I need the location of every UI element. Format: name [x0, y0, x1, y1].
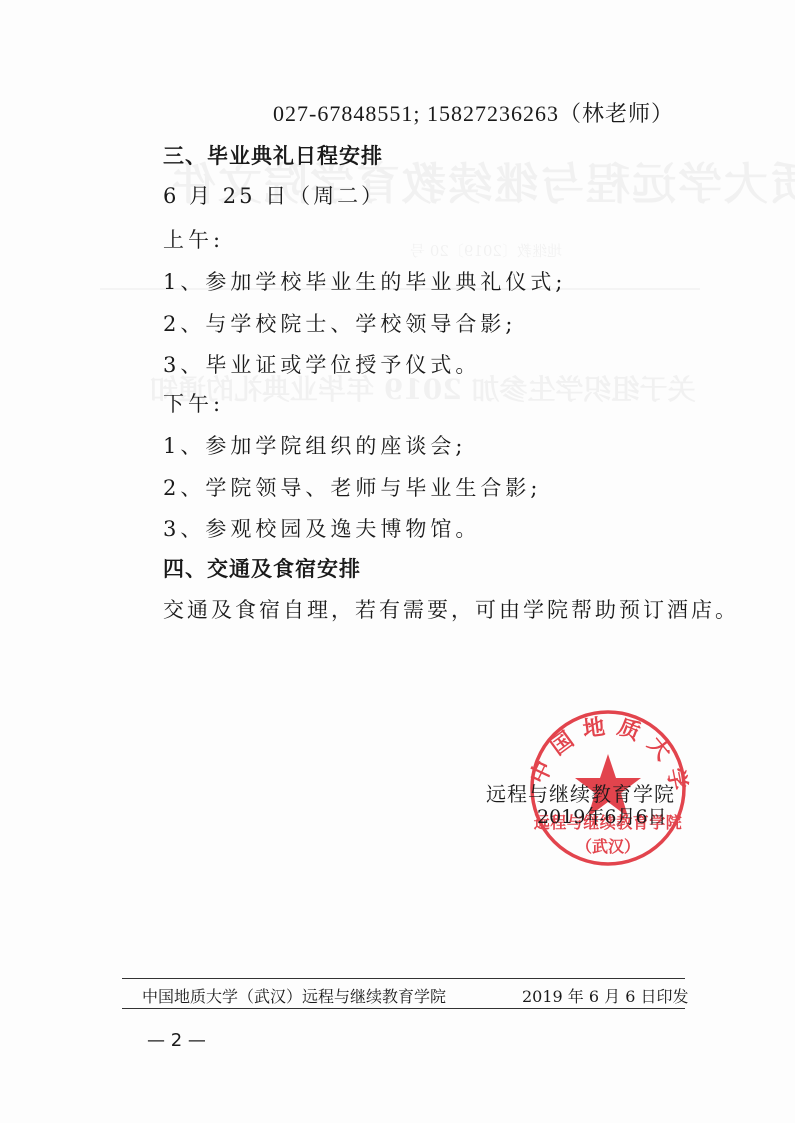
afternoon-item-3: 3、参观校园及逸夫博物馆。 — [163, 519, 480, 540]
section-heading-transport: 四、交通及食宿安排 — [163, 559, 361, 580]
morning-item-1: 1、参加学校毕业生的毕业典礼仪式; — [163, 272, 566, 293]
footer-issue-date: 2019 年 6 月 6 日印发 — [522, 984, 689, 1007]
document-page: 中国地质大学远程与继续教育学院文件 地继教〔2019〕20 号 关于组织学生参加… — [0, 0, 795, 1123]
page-number: — 2 — — [147, 1030, 206, 1051]
footer-issuer: 中国地质大学（武汉）远程与继续教育学院 — [142, 984, 446, 1007]
section-heading-schedule: 三、毕业典礼日程安排 — [163, 146, 383, 167]
footer-rule-top — [122, 978, 685, 979]
signature-date: 2019年6月6日 — [537, 802, 667, 829]
afternoon-label: 下午: — [163, 394, 224, 415]
transport-body: 交通及食宿自理，若有需要，可由学院帮助预订酒店。 — [163, 600, 739, 621]
svg-text:（武汉）: （武汉） — [576, 837, 640, 856]
afternoon-item-2: 2、学院领导、老师与毕业生合影; — [163, 478, 541, 499]
afternoon-item-1: 1、参加学院组织的座谈会; — [163, 436, 466, 457]
morning-item-2: 2、与学校院士、学校领导合影; — [163, 314, 516, 335]
morning-item-3: 3、毕业证或学位授予仪式。 — [163, 355, 480, 376]
contact-line: 027-67848551; 15827236263（林老师） — [273, 103, 674, 125]
morning-label: 上午: — [163, 230, 224, 251]
bleed-through-subtitle: 地继教〔2019〕20 号 — [410, 240, 562, 261]
ceremony-date: 6 月 25 日（周二） — [163, 186, 385, 207]
footer-rule-bottom — [122, 1008, 685, 1009]
